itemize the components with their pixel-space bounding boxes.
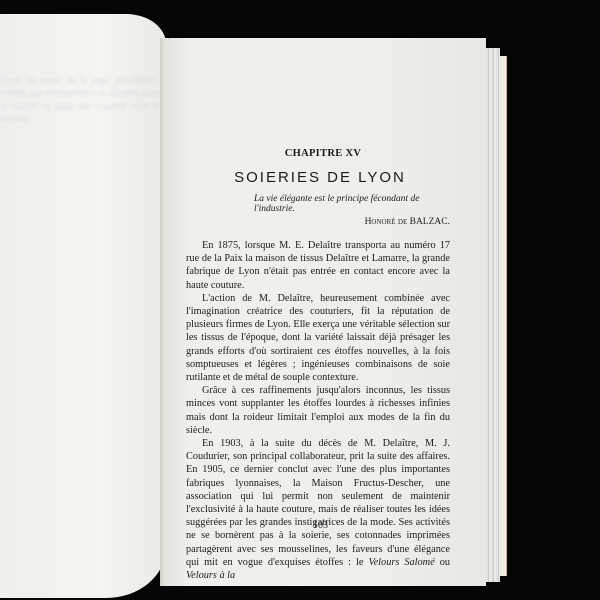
open-book-photo: Texte au verso de la page précédente, vi…: [0, 0, 600, 600]
left-page-show-through-text: Texte au verso de la page précédente, vi…: [0, 74, 160, 126]
connector-text: ou: [435, 557, 450, 568]
italic-fabric-name: Velours à la: [186, 570, 235, 581]
page-edges: [486, 48, 500, 582]
epigraph-quote: La vie élégante est le principe fécondan…: [254, 194, 450, 214]
left-page: Texte au verso de la page précédente, vi…: [0, 14, 166, 598]
paragraph-text: En 1903, à la suite du décès de M. Delaî…: [186, 438, 450, 568]
paragraph: L'action de M. Delaître, heureusement co…: [186, 292, 450, 384]
chapter-title: SOIERIES DE LYON: [190, 169, 450, 186]
chapter-label: CHAPITRE XV: [196, 148, 450, 159]
epigraph-author: Honoré de BALZAC.: [186, 217, 450, 227]
page-number: 103: [313, 520, 328, 531]
paragraph: Grâce à ces raffinements jusqu'alors inc…: [186, 384, 450, 437]
page-content: CHAPITRE XV SOIERIES DE LYON La vie élég…: [186, 148, 450, 582]
paragraph: En 1875, lorsque M. E. Delaître transpor…: [186, 239, 450, 292]
paragraph-last: En 1903, à la suite du décès de M. Delaî…: [186, 437, 450, 582]
back-cover-edge: [500, 56, 507, 576]
italic-fabric-name: Velours Salomé: [368, 557, 434, 568]
